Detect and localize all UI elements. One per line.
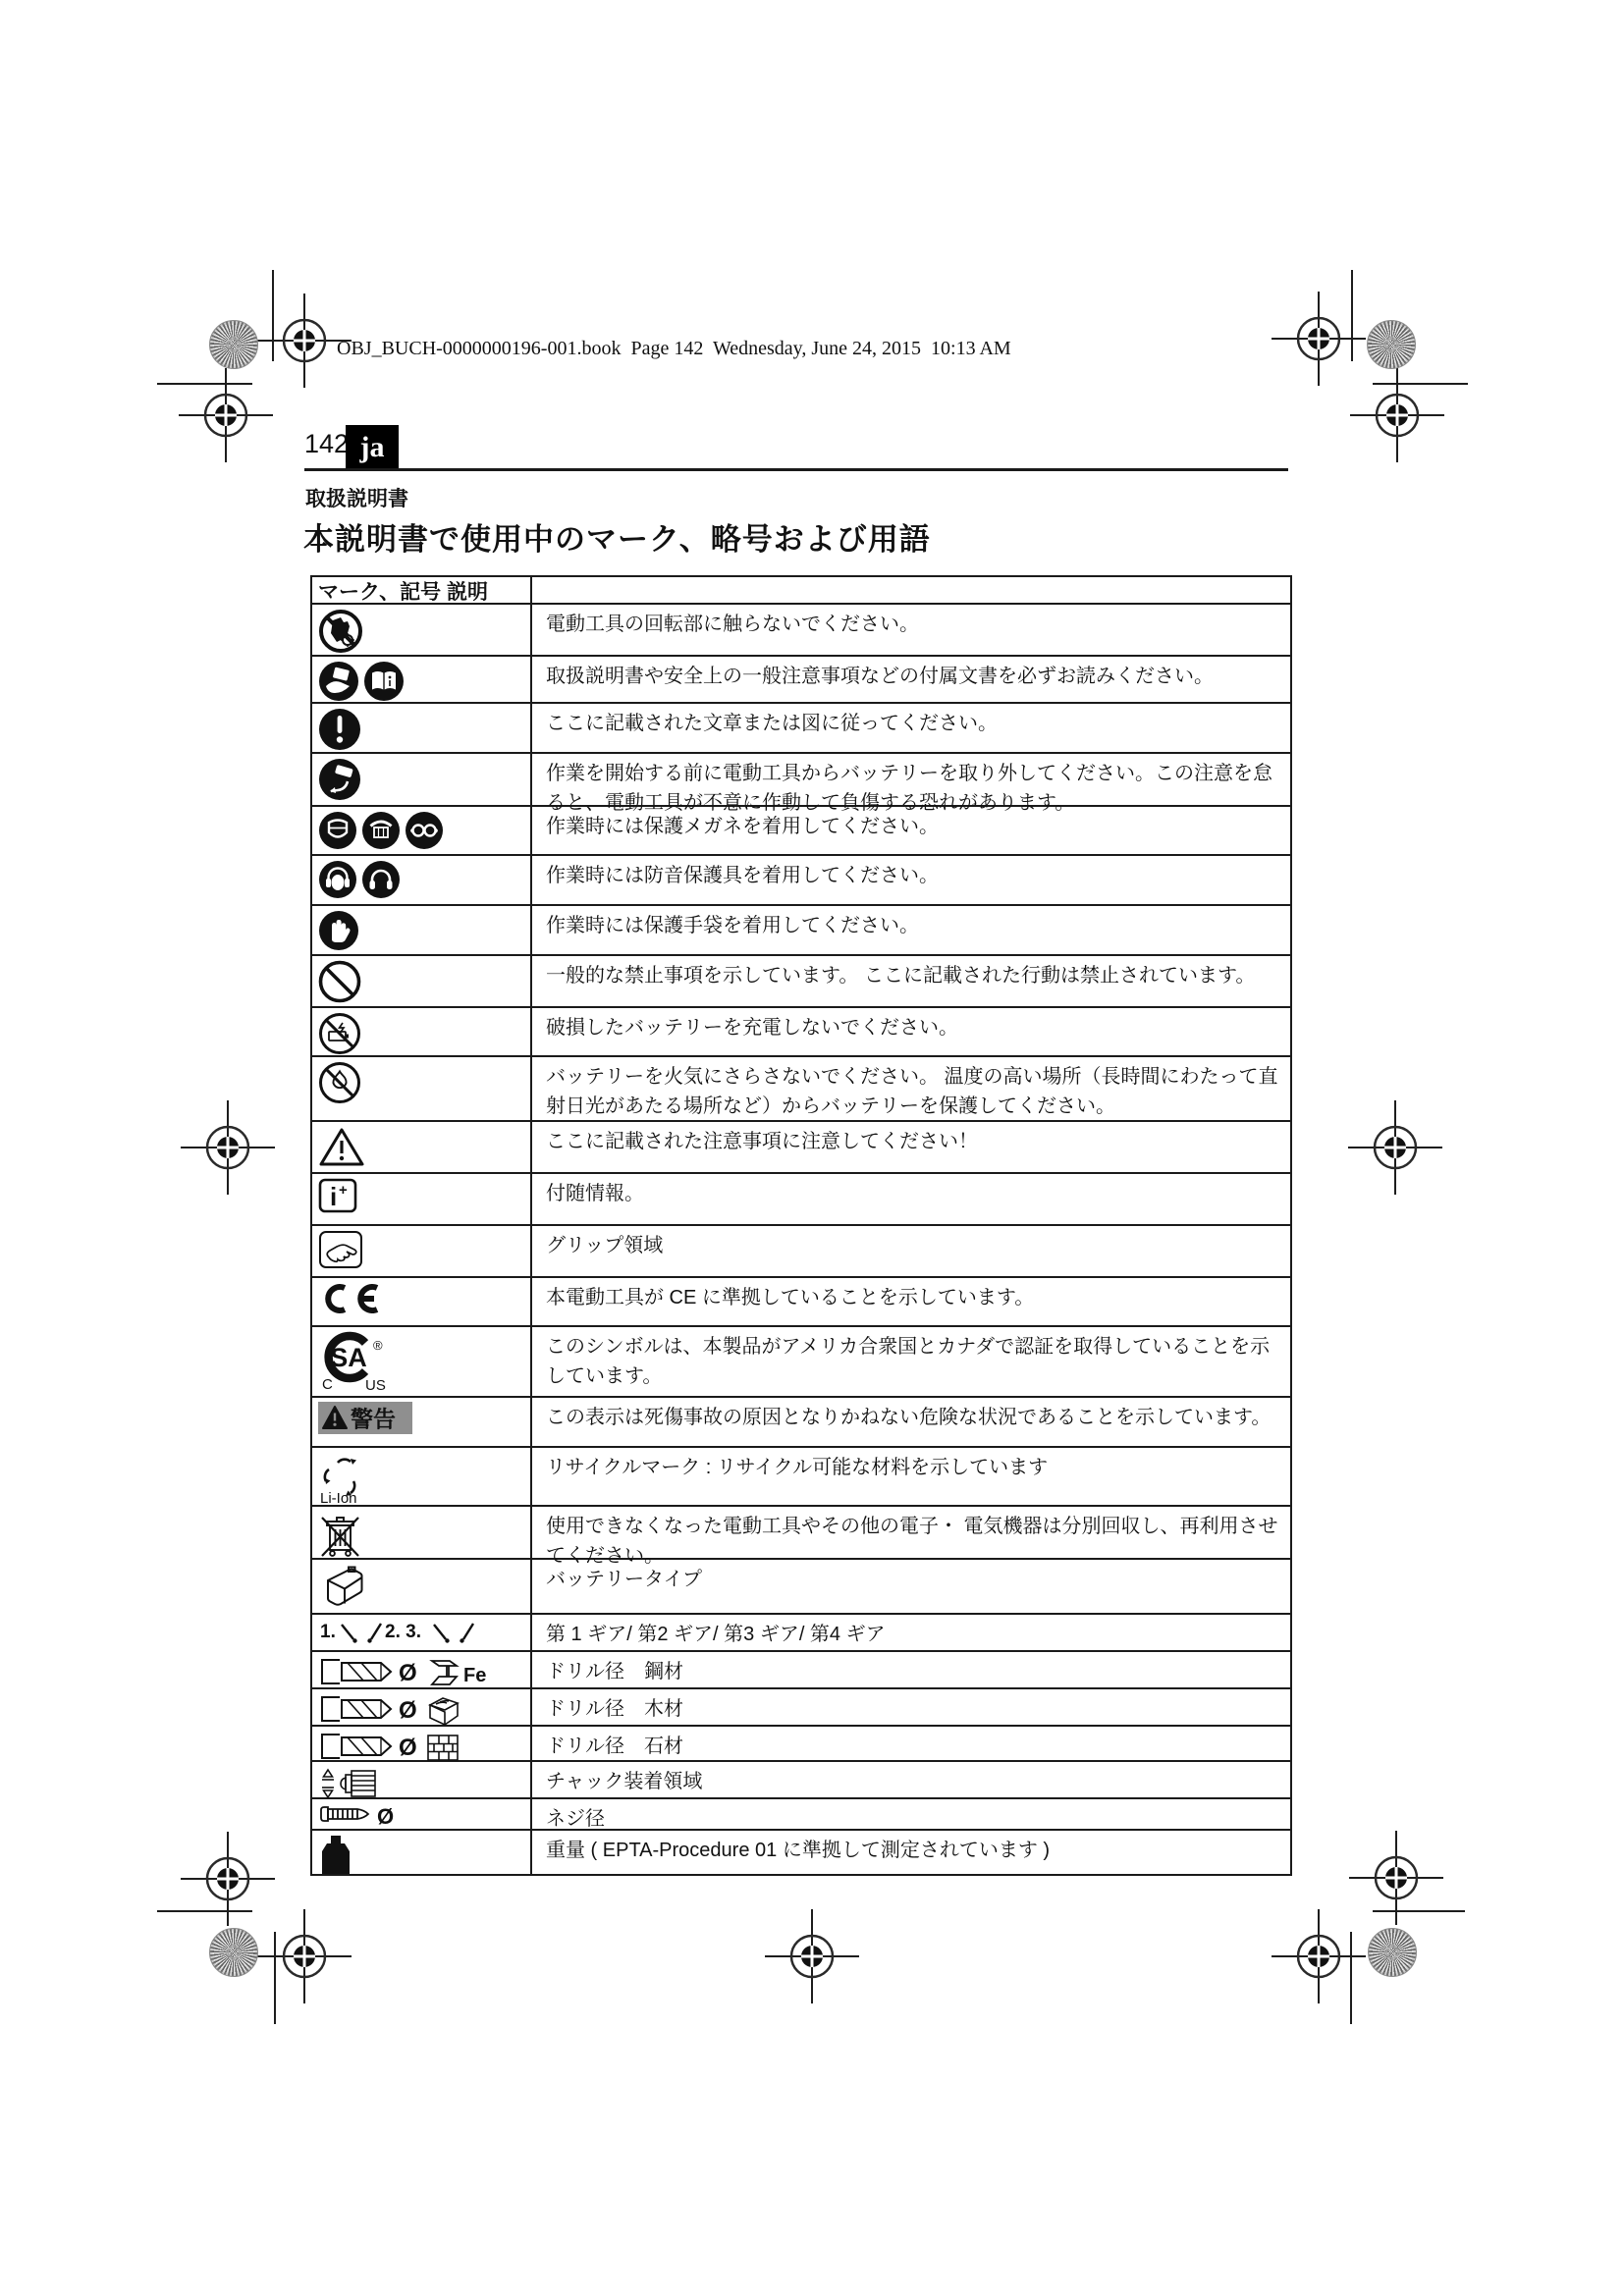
symbol-cell	[312, 605, 532, 655]
table-row: バッテリーを火気にさらさないでください。 温度の高い場所（長時間にわたって直射日…	[312, 1057, 1290, 1122]
symbol-cell	[312, 1560, 532, 1613]
no-fire-icon	[318, 1061, 361, 1104]
symbol-cell: SA ® C US	[312, 1327, 532, 1396]
safety-visor-icon	[361, 811, 401, 850]
registration-mark	[765, 1909, 859, 2003]
table-row: 作業時には防音保護具を着用してください。	[312, 856, 1290, 906]
ce-mark-icon	[318, 1282, 385, 1315]
svg-text:i: i	[330, 1182, 337, 1211]
table-row: 警告この表示は死傷事故の原因となりかねない危険な状況であることを示しています。	[312, 1398, 1290, 1448]
symbol-cell: 1. 2. 3.	[312, 1615, 532, 1650]
description-cell: 作業時には防音保護具を着用してください。	[532, 856, 1290, 904]
table-row: 使用できなくなった電動工具やその他の電子・ 電気機器は分別回収し、再利用させてく…	[312, 1507, 1290, 1560]
description-cell: チャック装着領域	[532, 1762, 1290, 1797]
symbol-cell	[312, 657, 532, 702]
color-control-patch	[209, 320, 258, 369]
drill-diameter-icon: Ø	[318, 1656, 420, 1687]
description-cell: 一般的な禁止事項を示しています。 ここに記載された行動は禁止されています。	[532, 956, 1290, 1006]
table-row: 電動工具の回転部に触らないでください。	[312, 605, 1290, 657]
description-cell: この表示は死傷事故の原因となりかねない危険な状況であることを示しています。	[532, 1398, 1290, 1446]
description-cell: 重量 ( EPTA-Procedure 01 に準拠して測定されています )	[532, 1831, 1290, 1874]
symbol-cell	[312, 1057, 532, 1120]
table-row: Ø ドリル径 石材	[312, 1727, 1290, 1762]
wood-material-icon	[424, 1693, 463, 1727]
ear-protection-head-icon	[318, 860, 357, 899]
drill-diameter-icon: Ø	[318, 1731, 420, 1762]
protective-gloves-icon	[318, 910, 359, 951]
description-cell: グリップ領域	[532, 1226, 1290, 1276]
symbol-cell: Ø	[312, 1799, 532, 1829]
description-cell: 第 1 ギア/ 第2 ギア/ 第3 ギア/ 第4 ギア	[532, 1615, 1290, 1650]
stone-material-icon	[424, 1731, 461, 1764]
table-row: Ø Feドリル径 鋼材	[312, 1652, 1290, 1689]
symbol-cell	[312, 906, 532, 954]
description-cell: バッテリーを火気にさらさないでください。 温度の高い場所（長時間にわたって直射日…	[532, 1057, 1290, 1120]
description-cell: 使用できなくなった電動工具やその他の電子・ 電気機器は分別回収し、再利用させてく…	[532, 1507, 1290, 1558]
additional-info-icon: i +	[318, 1178, 357, 1213]
separate-collection-bin-icon	[318, 1511, 363, 1560]
registration-mark	[257, 1909, 352, 2003]
no-charging-damaged-battery-icon	[318, 1012, 361, 1055]
table-row: 本電動工具が CE に準拠していることを示しています。	[312, 1278, 1290, 1327]
symbol-cell: Ø	[312, 1689, 532, 1725]
svg-text:Ø: Ø	[399, 1735, 417, 1761]
caution-triangle-icon	[318, 1126, 365, 1169]
table-row: 取扱説明書や安全上の一般注意事項などの付属文書を必ずお読みください。	[312, 657, 1290, 704]
open-manual-icon	[363, 661, 405, 702]
symbol-cell	[312, 704, 532, 752]
description-cell: 作業時には保護メガネを着用してください。	[532, 807, 1290, 854]
symbol-cell	[312, 1278, 532, 1325]
symbol-cell	[312, 956, 532, 1006]
grip-area-icon	[318, 1230, 363, 1269]
no-touch-rotating-parts-icon	[318, 609, 363, 654]
svg-text:Li-Ion: Li-Ion	[320, 1490, 357, 1505]
table-row: ここに記載された文章または図に従ってください。	[312, 704, 1290, 754]
table-row: 作業時には保護メガネを着用してください。	[312, 807, 1290, 856]
color-control-patch	[1368, 1928, 1417, 1977]
description-cell: ドリル径 石材	[532, 1727, 1290, 1760]
table-row: チャック装着領域	[312, 1762, 1290, 1799]
csa-mark-icon: SA ® C US	[318, 1331, 393, 1392]
symbol-cell	[312, 1008, 532, 1055]
general-prohibition-icon	[318, 960, 361, 1003]
symbol-cell	[312, 754, 532, 805]
table-row: Ø ドリル径 木材	[312, 1689, 1290, 1727]
crop-line	[1351, 270, 1353, 361]
symbol-cell	[312, 1226, 532, 1276]
symbol-cell	[312, 1507, 532, 1558]
svg-text:C: C	[322, 1376, 333, 1392]
symbol-table: マーク、記号 説明 電動工具の回転部に触らないでください。 取扱説明書や安全上の…	[310, 575, 1292, 1876]
symbol-cell	[312, 807, 532, 854]
description-cell: このシンボルは、本製品がアメリカ合衆国とカナダで認証を取得していることを示してい…	[532, 1327, 1290, 1396]
table-row: SA ® C USこのシンボルは、本製品がアメリカ合衆国とカナダで認証を取得して…	[312, 1327, 1290, 1398]
description-cell: 作業時には保護手袋を着用してください。	[532, 906, 1290, 954]
manual-page: OBJ_BUCH-0000000196-001.book Page 142 We…	[0, 0, 1624, 2296]
table-row: グリップ領域	[312, 1226, 1290, 1278]
symbol-cell	[312, 1831, 532, 1874]
section-label: 取扱説明書	[305, 483, 408, 512]
table-row: Li-Ionリサイクルマーク : リサイクル可能な材料を示しています	[312, 1448, 1290, 1507]
warning-keyword-icon: 警告	[318, 1402, 412, 1434]
ear-protection-muffs-icon	[361, 860, 401, 899]
table-row: Øネジ径	[312, 1799, 1290, 1831]
table-row: 作業を開始する前に電動工具からバッテリーを取り外してください。この注意を怠ると、…	[312, 754, 1290, 807]
chuck-capacity-icon	[318, 1766, 393, 1801]
li-ion-recycle-icon: Li-Ion	[318, 1452, 381, 1505]
svg-text:®: ®	[373, 1338, 383, 1353]
table-row: 作業時には保護手袋を着用してください。	[312, 906, 1290, 956]
steel-material-icon: Fe	[424, 1656, 489, 1689]
symbol-table-body: 電動工具の回転部に触らないでください。 取扱説明書や安全上の一般注意事項などの付…	[312, 605, 1290, 1874]
table-header-label: マーク、記号 説明	[312, 577, 532, 603]
table-row: 重量 ( EPTA-Procedure 01 に準拠して測定されています )	[312, 1831, 1290, 1874]
svg-text:Fe: Fe	[463, 1665, 486, 1686]
symbol-cell	[312, 1122, 532, 1172]
table-row: 一般的な禁止事項を示しています。 ここに記載された行動は禁止されています。	[312, 956, 1290, 1008]
drill-diameter-icon: Ø	[318, 1693, 420, 1725]
crop-line	[157, 383, 252, 385]
svg-text:2. 3.: 2. 3.	[385, 1622, 421, 1642]
svg-text:+: +	[339, 1182, 348, 1199]
page-number: 142	[304, 429, 349, 459]
color-control-patch	[1367, 320, 1416, 369]
crop-line	[272, 270, 274, 361]
registration-mark	[181, 1100, 275, 1195]
header-rule	[304, 468, 1288, 471]
table-row: ここに記載された注意事項に注意してください！	[312, 1122, 1290, 1174]
symbol-cell: Li-Ion	[312, 1448, 532, 1505]
svg-text:US: US	[365, 1377, 386, 1392]
description-cell: リサイクルマーク : リサイクル可能な材料を示しています	[532, 1448, 1290, 1505]
crop-line	[157, 1910, 252, 1912]
svg-text:警告: 警告	[351, 1407, 396, 1432]
read-instructions-icon	[318, 661, 359, 702]
page-title: 本説明書で使用中のマーク、略号および用語	[303, 514, 931, 559]
symbol-cell: 警告	[312, 1398, 532, 1446]
description-cell: 電動工具の回転部に触らないでください。	[532, 605, 1290, 655]
symbol-cell	[312, 856, 532, 904]
description-cell: バッテリータイプ	[532, 1560, 1290, 1613]
description-cell: 取扱説明書や安全上の一般注意事項などの付属文書を必ずお読みください。	[532, 657, 1290, 702]
description-cell: ここに記載された注意事項に注意してください！	[532, 1122, 1290, 1172]
svg-text:Ø: Ø	[399, 1660, 417, 1686]
registration-mark	[1348, 1100, 1442, 1195]
crop-line	[1373, 383, 1468, 385]
follow-instructions-icon	[318, 708, 361, 751]
safety-goggles-icon	[405, 811, 444, 850]
table-row: 破損したバッテリーを充電しないでください。	[312, 1008, 1290, 1057]
remove-battery-icon	[318, 758, 361, 801]
table-header-row: マーク、記号 説明	[312, 577, 1290, 605]
crop-line	[274, 1932, 276, 2024]
crop-line	[1350, 1932, 1352, 2024]
table-row: i +付随情報。	[312, 1174, 1290, 1226]
symbol-cell	[312, 1762, 532, 1797]
gear-selector-icon: 1. 2. 3.	[318, 1619, 501, 1646]
symbol-cell: i +	[312, 1174, 532, 1224]
language-badge: ja	[346, 425, 399, 469]
weight-icon	[318, 1835, 353, 1876]
description-cell: ドリル径 鋼材	[532, 1652, 1290, 1687]
screw-diameter-icon: Ø	[318, 1803, 405, 1829]
table-row: 1. 2. 3. 第 1 ギア/ 第2 ギア/ 第3 ギア/ 第4 ギア	[312, 1615, 1290, 1652]
symbol-cell: Ø	[312, 1727, 532, 1760]
svg-text:1.: 1.	[320, 1622, 336, 1642]
description-cell: 本電動工具が CE に準拠していることを示しています。	[532, 1278, 1290, 1325]
description-cell: 付随情報。	[532, 1174, 1290, 1224]
face-shield-icon	[318, 811, 357, 850]
table-header-desc	[532, 577, 1290, 603]
symbol-cell: Ø Fe	[312, 1652, 532, 1687]
description-cell: ドリル径 木材	[532, 1689, 1290, 1725]
description-cell: 作業を開始する前に電動工具からバッテリーを取り外してください。この注意を怠ると、…	[532, 754, 1290, 805]
table-row: バッテリータイプ	[312, 1560, 1290, 1615]
description-cell: ここに記載された文章または図に従ってください。	[532, 704, 1290, 752]
crop-line	[1373, 1910, 1465, 1912]
description-cell: 破損したバッテリーを充電しないでください。	[532, 1008, 1290, 1055]
battery-pack-icon	[318, 1564, 367, 1611]
svg-text:Ø: Ø	[377, 1804, 394, 1829]
svg-text:SA: SA	[330, 1343, 367, 1372]
description-cell: ネジ径	[532, 1799, 1290, 1829]
color-control-patch	[209, 1928, 258, 1977]
svg-text:Ø: Ø	[399, 1697, 417, 1724]
print-folio-line: OBJ_BUCH-0000000196-001.book Page 142 We…	[337, 338, 1011, 360]
